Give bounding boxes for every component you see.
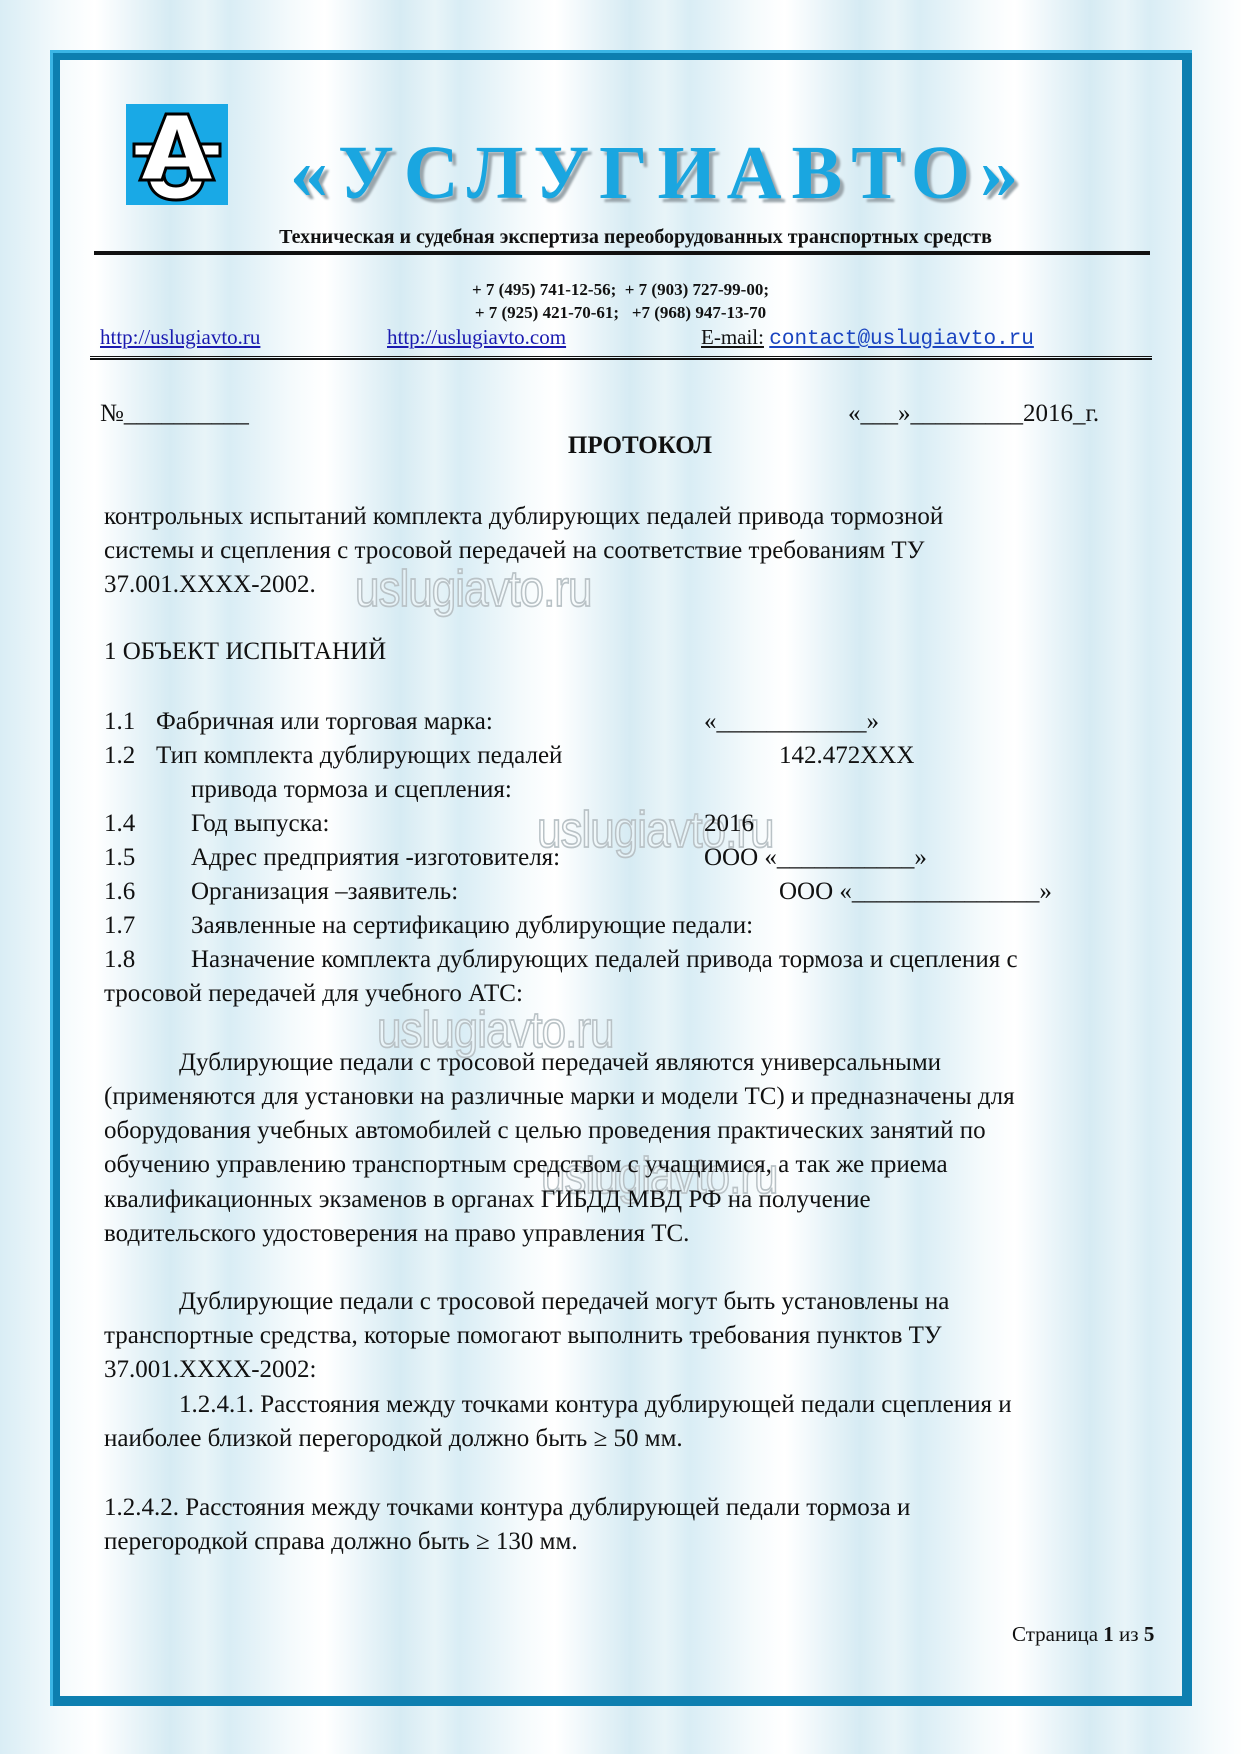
item-label: Организация –заявитель: — [191, 877, 458, 907]
item-label: Тип комплекта дублирующих педалей — [156, 741, 562, 771]
item-label-continued: тросовой передачей для учебного АТС: — [104, 979, 523, 1009]
item-label: Заявленные на сертификацию дублирующие п… — [191, 911, 753, 941]
phones-line-2: + 7 (925) 421-70-61; +7 (968) 947-13-70 — [475, 303, 766, 322]
intro-line: системы и сцепления с тросовой передачей… — [104, 536, 924, 566]
paragraph-line: 37.001.ХХХХ-2002: — [104, 1355, 317, 1385]
paragraph-line: транспортные средства, которые помогают … — [104, 1321, 942, 1351]
paragraph-line: водительского удостоверения на право упр… — [104, 1219, 689, 1249]
intro-line: 37.001.ХХХХ-2002. — [104, 570, 316, 600]
item-value: «____________» — [704, 707, 879, 737]
email-block: E-mail: contact@uslugiavto.ru — [701, 324, 1034, 353]
email-label: E-mail: — [701, 325, 764, 349]
item-number: 1.6 — [104, 877, 135, 907]
page-current: 1 — [1103, 1622, 1114, 1646]
item-label: Год выпуска: — [191, 809, 329, 839]
paragraph-line: Дублирующие педали с тросовой передачей … — [179, 1287, 949, 1317]
company-logo — [126, 104, 228, 205]
requirement-line: 1.2.4.2. Расстояния между точками контур… — [104, 1493, 910, 1523]
paragraph-line: Дублирующие педали с тросовой передачей … — [179, 1048, 941, 1078]
phones-line-1: + 7 (495) 741-12-56; + 7 (903) 727-99-00… — [472, 280, 769, 299]
item-value: ООО «_______________» — [779, 877, 1052, 907]
page-separator: из — [1119, 1622, 1139, 1646]
item-number: 1.8 — [104, 945, 135, 975]
requirement-line: перегородкой справа должно быть ≥ 130 мм… — [104, 1527, 578, 1557]
item-number: 1.5 — [104, 843, 135, 873]
item-label: Назначение комплекта дублирующих педалей… — [191, 945, 1018, 975]
page-counter: Страница 1 из 5 — [1012, 1622, 1154, 1647]
item-number: 1.7 — [104, 911, 135, 941]
au-monogram-icon — [126, 104, 228, 205]
paragraph-line: квалификационных экзаменов в органах ГИБ… — [104, 1185, 871, 1215]
website-link-com[interactable]: http://uslugiavto.com — [387, 325, 566, 349]
company-name: «УСЛУГИАВТО» — [290, 128, 1050, 218]
item-number: 1.2 — [104, 741, 135, 771]
requirement-line: наиболее близкой перегородкой должно быт… — [104, 1424, 683, 1454]
item-label: Фабричная или торговая марка: — [156, 707, 493, 737]
page-prefix: Страница — [1012, 1622, 1098, 1646]
phone-numbers: + 7 (495) 741-12-56; + 7 (903) 727-99-00… — [0, 278, 1241, 324]
page-total: 5 — [1144, 1622, 1155, 1646]
item-number: 1.1 — [104, 707, 135, 737]
website-link-ru[interactable]: http://uslugiavto.ru — [100, 325, 260, 349]
item-label: Адрес предприятия -изготовителя: — [191, 843, 560, 873]
protocol-number-field: №__________ — [100, 399, 249, 429]
item-value: 142.472ХХХ — [779, 741, 914, 771]
item-value: ООО «___________» — [704, 843, 927, 873]
requirement-line: 1.2.4.1. Расстояния между точками контур… — [179, 1390, 1012, 1420]
header-divider — [94, 251, 1150, 255]
protocol-date-field: «___»_________2016_г. — [848, 399, 1099, 429]
section-title: 1 ОБЪЕКТ ИСПЫТАНИЙ — [104, 637, 386, 667]
paragraph-line: оборудования учебных автомобилей с целью… — [104, 1116, 986, 1146]
item-value: 2016 — [704, 809, 754, 839]
item-label: привода тормоза и сцепления: — [191, 775, 512, 805]
website-link-com-wrap: http://uslugiavto.com — [387, 324, 566, 350]
document-title: ПРОТОКОЛ — [0, 432, 1241, 460]
company-tagline: Техническая и судебная экспертиза переоб… — [0, 225, 1241, 249]
intro-line: контрольных испытаний комплекта дублирую… — [104, 502, 943, 532]
website-link-ru-wrap: http://uslugiavto.ru — [100, 324, 260, 350]
email-link[interactable]: contact@uslugiavto.ru — [769, 328, 1034, 351]
item-number: 1.4 — [104, 809, 135, 839]
contacts-divider — [90, 356, 1152, 360]
paragraph-line: (применяются для установки на различные … — [104, 1082, 1015, 1112]
watermark: uslugiavto.ru — [355, 561, 591, 619]
paragraph-line: обучению управлению транспортным средств… — [104, 1150, 948, 1180]
